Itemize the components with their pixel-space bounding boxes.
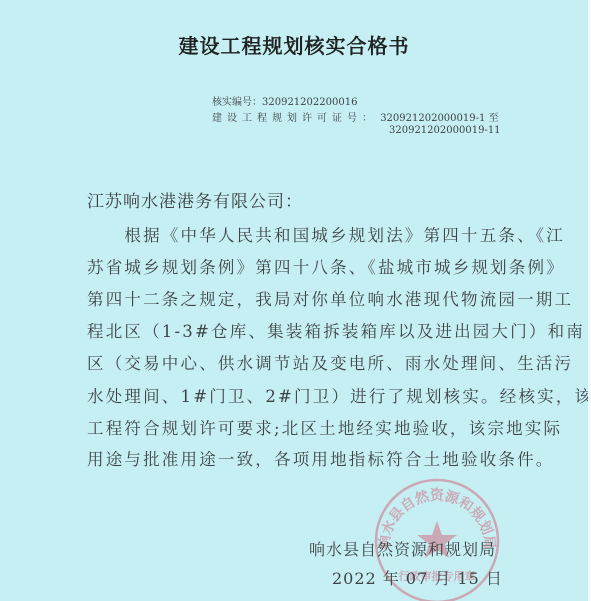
verification-number: 核实编号：320921202200016 [212,93,357,108]
body-line: 水处理间、1#门卫、2#门卫）进行了规划核实。经核实，该 [87,383,591,407]
issue-date: 2022 年 07 月 15 日 [332,566,503,589]
body-line: 苏省城乡规划条例》第四十八条、《盐城市城乡规划条例》 [87,254,565,278]
permit-range-start: 320921202000019-1 [380,113,485,124]
body-line: 用途与批准用途一致，各项用地指标符合土地验收条件。 [87,446,555,470]
issuer-signature: 响水县自然资源和规划局 [309,537,496,560]
verification-number-label: 核实编号： [212,97,262,108]
permit-number-label: 建设工程规划许可证号： [212,113,377,124]
permit-range-to: 至 [489,113,499,124]
addressee: 江苏响水港港务有限公司： [87,187,303,212]
body-line: 区（交易中心、供水调节站及变电所、雨水处理间、生活污 [87,350,573,374]
body-line: 工程符合规划许可要求;北区土地经实地验收，该宗地实际 [87,415,562,439]
body-line: 程北区（1-3#仓库、集装箱拆装箱库以及进出园大门）和南 [87,318,585,342]
body-line: 根据《中华人民共和国城乡规划法》第四十五条、《江 [87,222,565,246]
permit-range-end: 320921202000019-11 [389,125,501,136]
body-line: 第四十二条之规定，我局对你单位响水港现代物流园一期工 [87,286,573,310]
document-title: 建设工程规划核实合格书 [0,30,588,59]
document-page: 建设工程规划核实合格书 核实编号：320921202200016 建设工程规划许… [0,0,588,601]
permit-number: 建设工程规划许可证号： 320921202000019-1 至 [212,109,499,124]
verification-number-value: 320921202200016 [262,97,357,108]
